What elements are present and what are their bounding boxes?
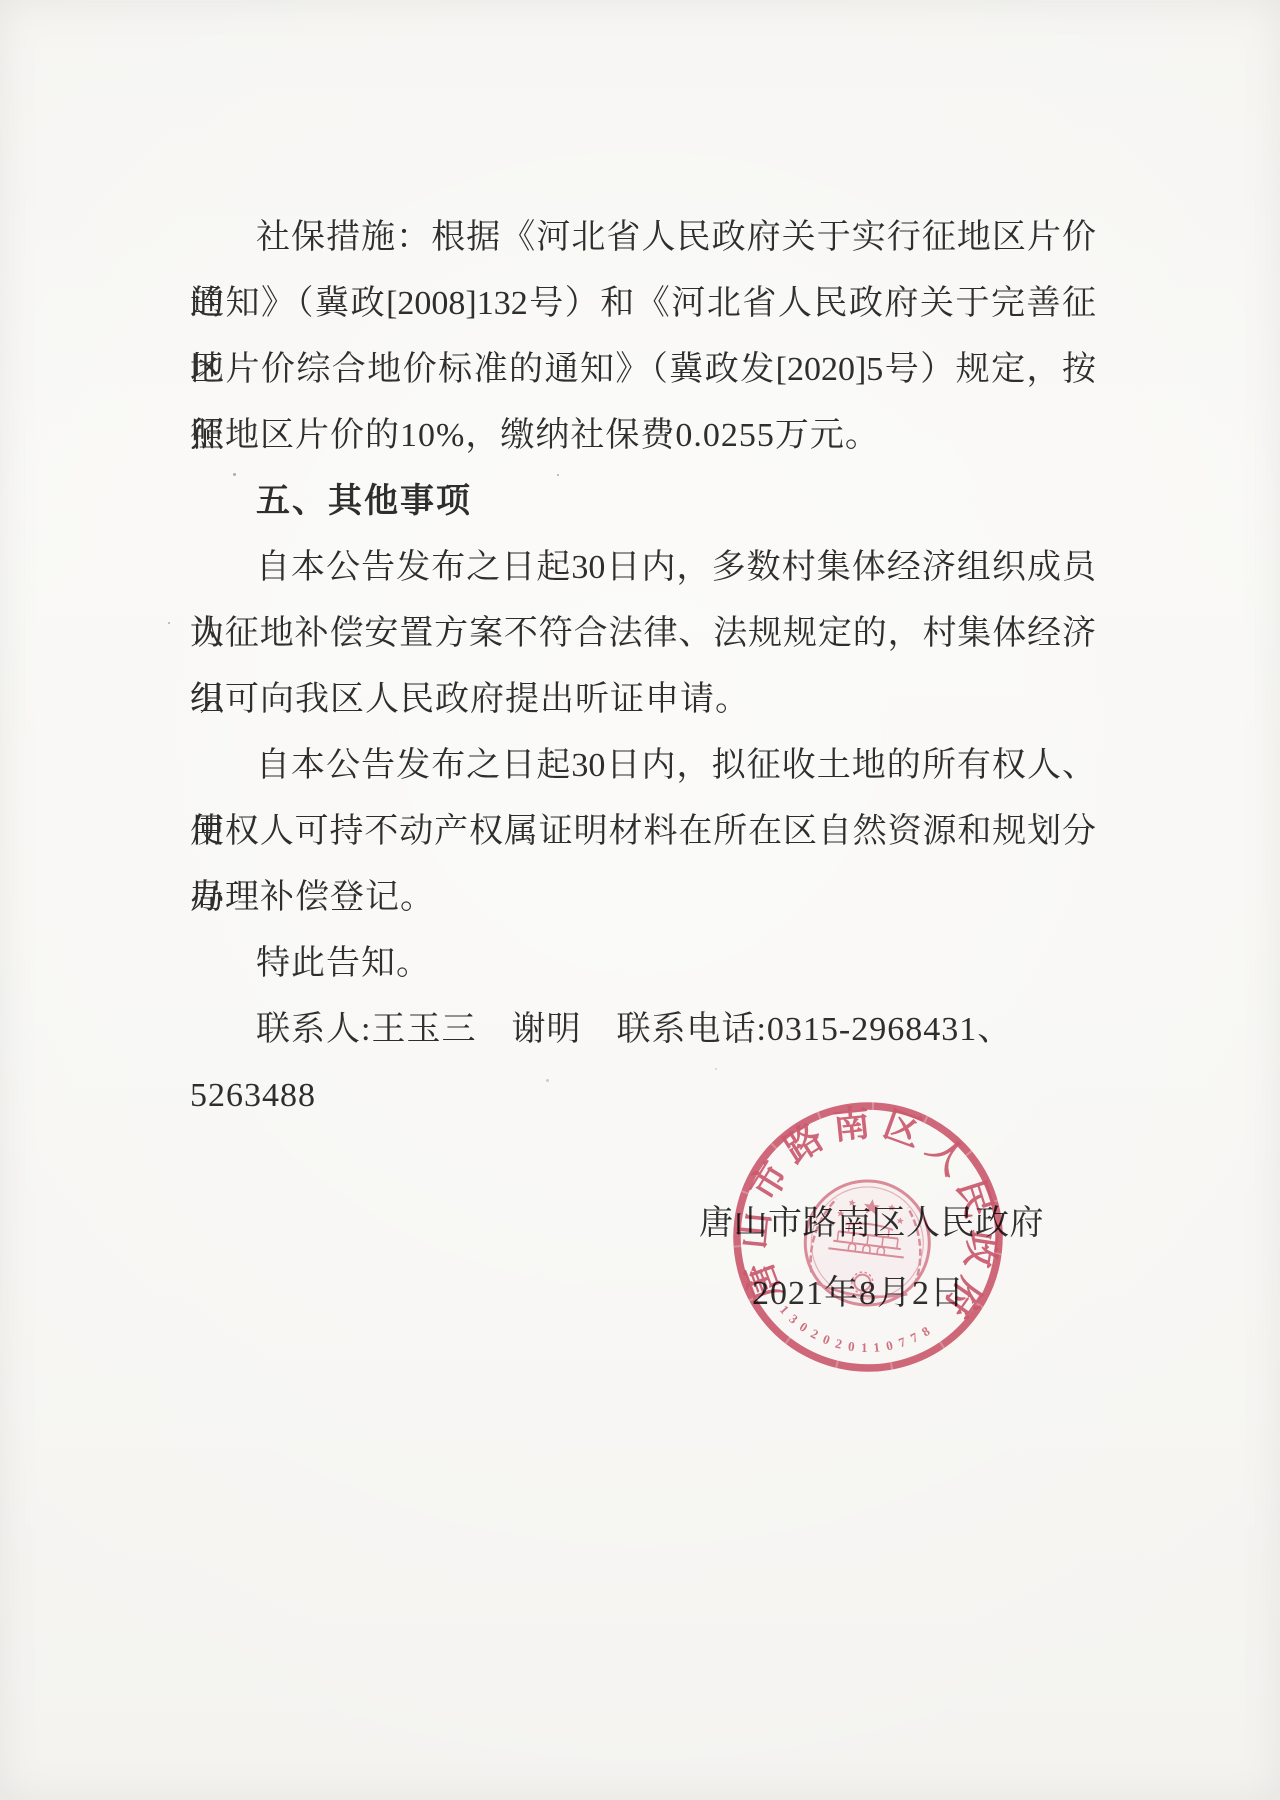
document-body: 社保措施：根据《河北省人民政府关于实行征地区片价的 通知》（冀政[2008]13… bbox=[190, 205, 1096, 1063]
closing-line: 特此告知。 bbox=[190, 931, 1096, 997]
body-line: 区片价综合地价标准的通知》（冀政发[2020]5号）规定，按照 bbox=[190, 337, 1096, 403]
body-line: 通知》（冀政[2008]132号）和《河北省人民政府关于完善征地 bbox=[190, 271, 1096, 337]
body-line: 自本公告发布之日起30日内，多数村集体经济组织成员认 bbox=[190, 535, 1096, 601]
body-line: 办理补偿登记。 bbox=[190, 865, 1096, 931]
scan-speck bbox=[168, 622, 170, 624]
scan-speck bbox=[715, 1068, 717, 1070]
body-line: 用权人可持不动产权属证明材料在所在区自然资源和规划分局 bbox=[190, 799, 1096, 865]
body-line: 为征地补偿安置方案不符合法律、法规规定的，村集体经济组 bbox=[190, 601, 1096, 667]
official-seal: 唐山市路南区人民政府 1302020110778 bbox=[701, 1070, 1035, 1404]
seal-national-emblem-icon bbox=[798, 1174, 936, 1312]
scanned-document-page: 社保措施：根据《河北省人民政府关于实行征地区片价的 通知》（冀政[2008]13… bbox=[0, 0, 1280, 1800]
seal-code: 1302020110778 bbox=[773, 1301, 940, 1364]
body-line: 社保措施：根据《河北省人民政府关于实行征地区片价的 bbox=[190, 205, 1096, 271]
svg-text:1302020110778: 1302020110778 bbox=[773, 1301, 940, 1364]
scan-speck bbox=[233, 473, 236, 476]
scan-speck bbox=[557, 474, 559, 476]
contact-line: 联系人:王玉三 谢明 联系电话:0315-2968431、5263488 bbox=[190, 997, 1096, 1063]
body-line: 织可向我区人民政府提出听证申请。 bbox=[190, 667, 1096, 733]
body-line: 自本公告发布之日起30日内，拟征收土地的所有权人、使 bbox=[190, 733, 1096, 799]
scan-speck bbox=[546, 1079, 549, 1082]
body-line: 征地区片价的10%，缴纳社保费0.0255万元。 bbox=[190, 403, 1096, 469]
section-heading: 五、其他事项 bbox=[190, 469, 1096, 535]
